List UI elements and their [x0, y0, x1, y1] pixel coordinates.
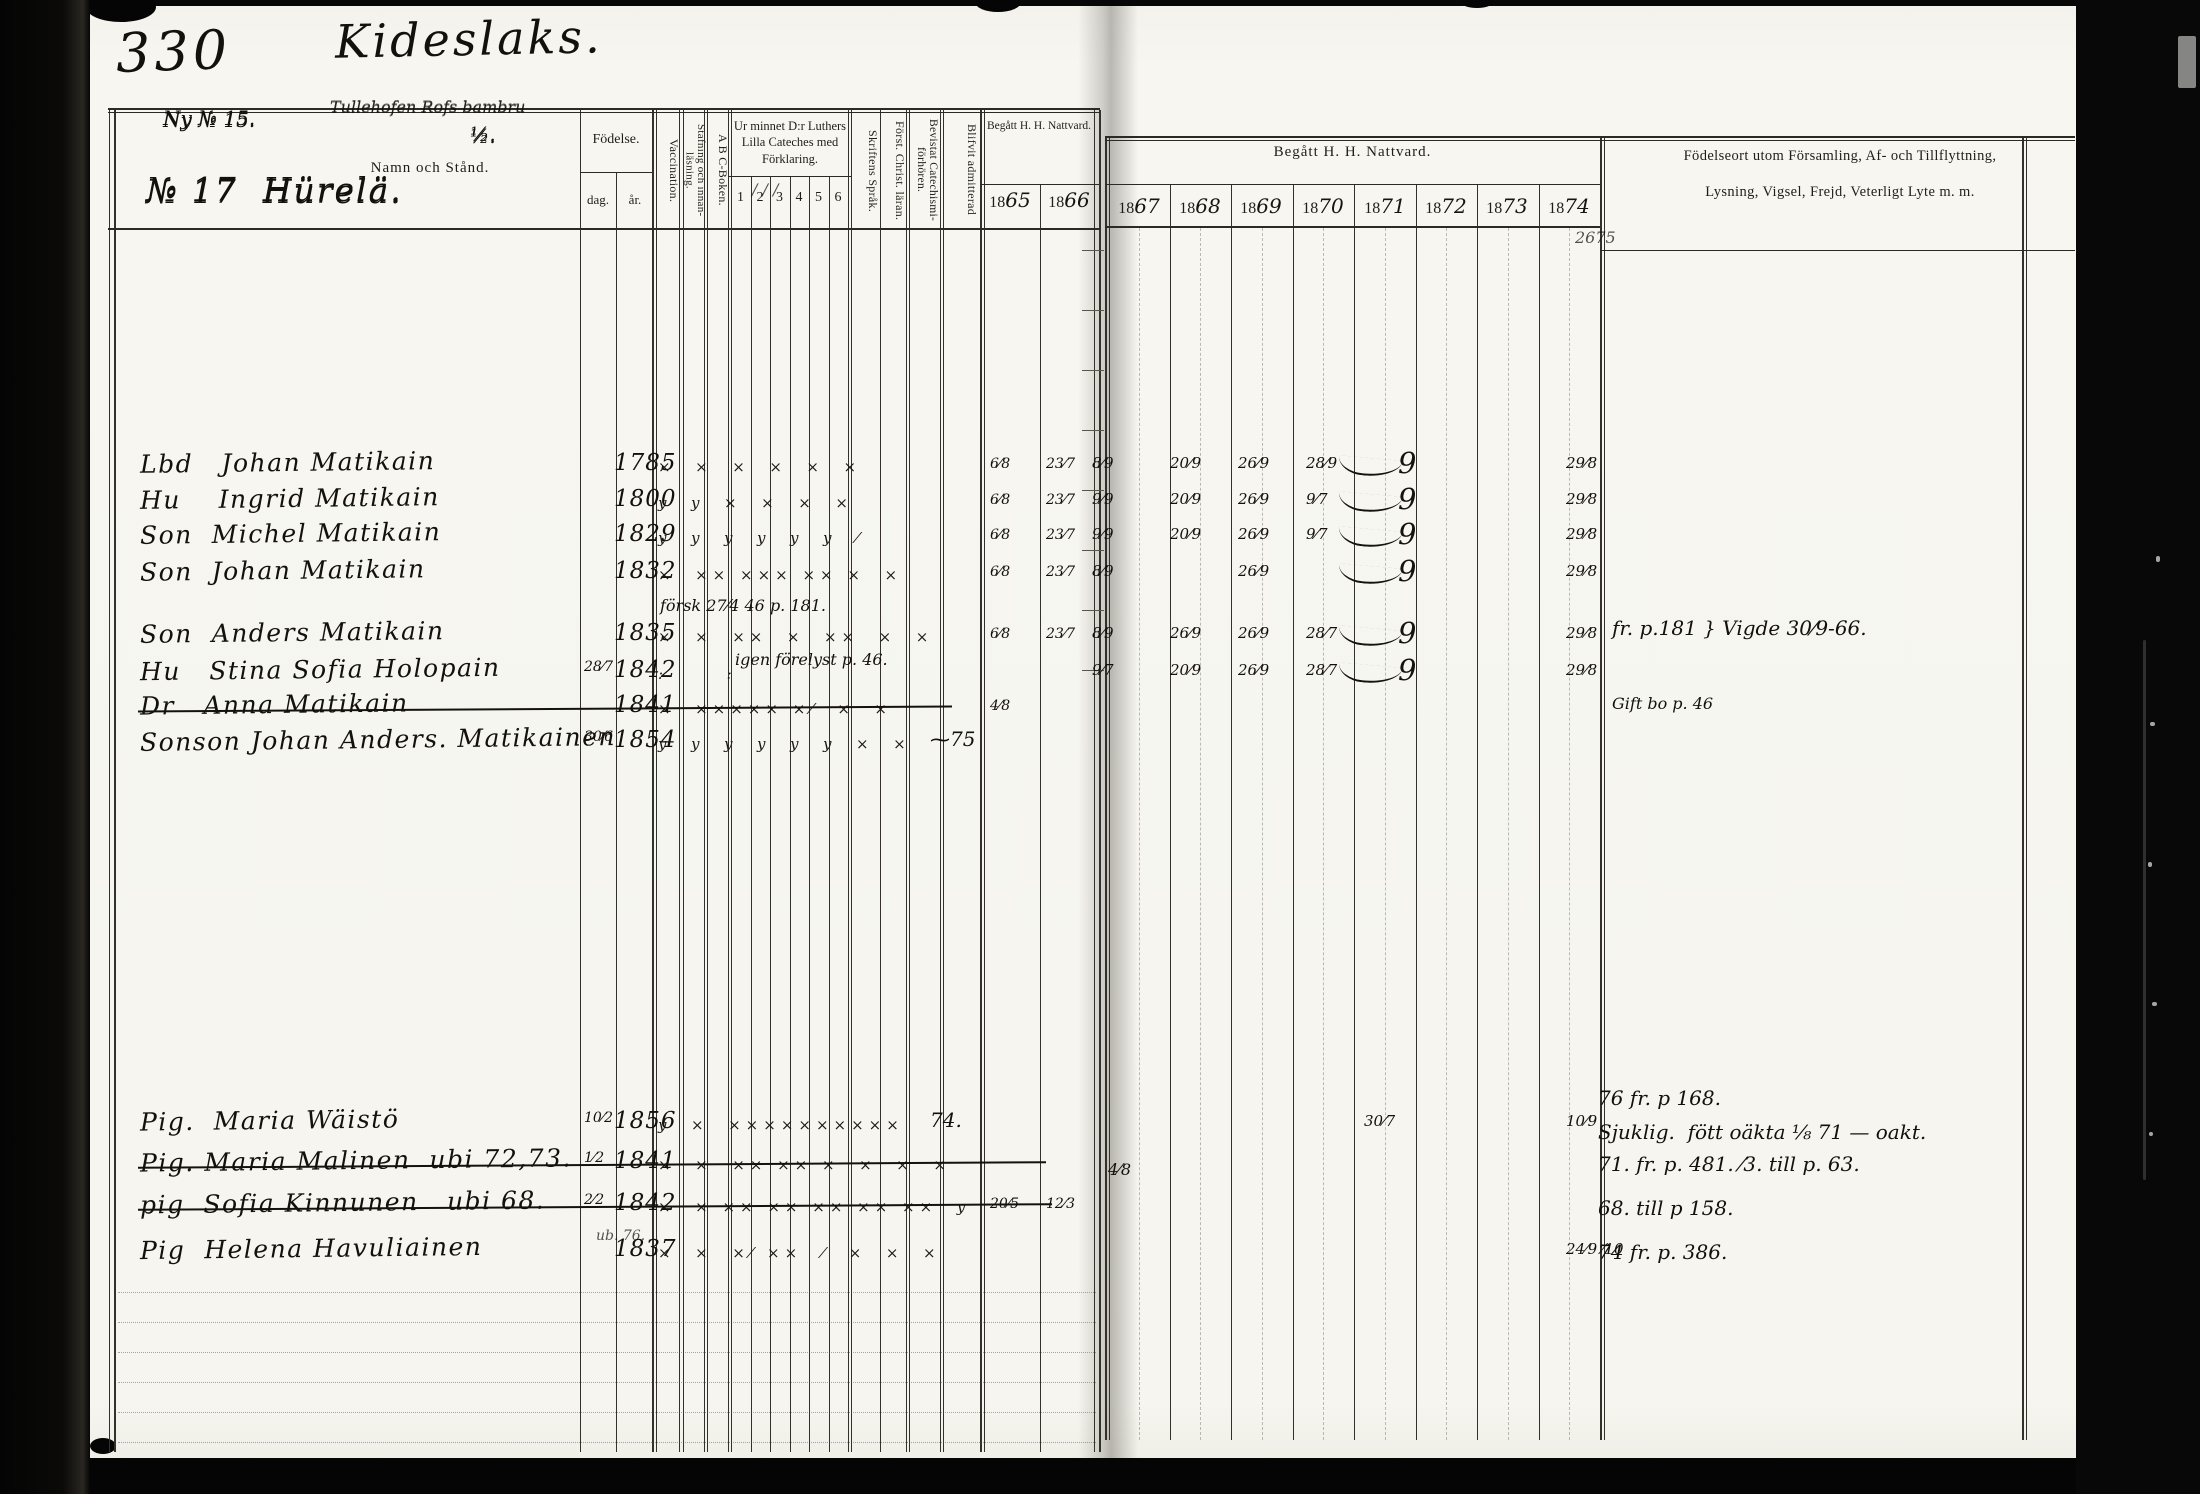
year-label-text: 18 [1240, 200, 1256, 217]
birth-day: 30⁄6 [584, 729, 613, 745]
year-label-text: 18 [1048, 194, 1064, 211]
communion-1865: 6⁄8 [990, 527, 1010, 543]
row-guide-line [118, 1382, 1096, 1384]
year-label-text: 73 [1502, 194, 1527, 218]
table-rule-horizontal [1105, 226, 1600, 228]
margin-note: 76 fr. p 168. [1598, 1086, 1721, 1110]
flourish-tail [1337, 662, 1402, 686]
record-row: Pig Helena Havuliainenub. 76.1837× × ×⁄ … [0, 1234, 2200, 1278]
communion-1866: 23⁄7 [1046, 492, 1075, 508]
reading-marks: y × ×××××××××× [658, 1116, 904, 1134]
person-name: Pig. Maria Wäistö [140, 1104, 400, 1136]
margin-note: 74 fr. p. 386. [1598, 1240, 1727, 1264]
page-number: 330 [115, 18, 232, 85]
column-header-skriftens: Skriftens Språk. [852, 118, 879, 224]
fold-stitch-mark [1082, 250, 1104, 251]
column-header-cateches: Ur minnet D:r Luthers Lilla Cateches med… [732, 118, 848, 167]
communion-1871-flourish: 9 [1398, 482, 1416, 516]
year-label-text: 18 [1364, 200, 1380, 217]
communion-1868: 20⁄9 [1170, 661, 1201, 679]
column-header-stafning: Stafning och innan-läsning. [681, 118, 706, 222]
reading-marks: : : [658, 665, 737, 683]
year-label-text: 18 [1548, 200, 1564, 217]
year-label-text: 69 [1256, 194, 1281, 218]
communion-1867: 8⁄9 [1092, 562, 1114, 580]
communion-1869: 26⁄9 [1238, 661, 1269, 679]
flourish-tail [1337, 625, 1402, 649]
communion-1867: 8⁄9 [1092, 624, 1114, 642]
reading-marks: × × × × × × [658, 458, 861, 476]
communion-1874: 29⁄8 [1566, 661, 1597, 679]
year-label-text: 74 [1564, 194, 1589, 218]
year-label-text: 66 [1064, 188, 1089, 212]
communion-1867: 9⁄7 [1092, 661, 1114, 679]
row-guide-line [118, 1412, 1096, 1414]
flourish-tail [1337, 526, 1402, 550]
year-label-text: 68 [1195, 194, 1220, 218]
communion-1871-flourish: 9 [1398, 616, 1416, 650]
communion-1865: 4⁄8 [990, 698, 1010, 714]
communion-1870: 28⁄7 [1306, 624, 1337, 642]
reading-marks: × × ×⁄ ×× ⁄ × × × [658, 1244, 941, 1262]
communion-1868: 20⁄9 [1170, 490, 1201, 508]
person-name: Pig Helena Havuliainen [140, 1232, 483, 1265]
margin-note: 71. fr. p. 481. ⁄3. till p. 63. [1598, 1152, 1860, 1176]
page-title: Kideslaks. [334, 9, 603, 69]
person-name: Hu Ingrid Matikain [140, 482, 440, 515]
table-rule-horizontal [1600, 250, 2075, 251]
column-header-forsta: Först. Christ. läran. [881, 118, 906, 224]
communion-1867: 9⁄9 [1092, 525, 1114, 543]
scan-bottom-edge [0, 1458, 2200, 1494]
column-header-vaccination: Vaccination. [656, 118, 680, 224]
year-column-1866: 1866 [1041, 188, 1097, 212]
column-header-fodelseort-2: Lysning, Vigsel, Frejd, Veterligt Lyte m… [1610, 184, 2070, 201]
column-header-fodelseort-1: Födelseort utom Församling, Af- och Till… [1610, 148, 2070, 165]
communion-1870: 28⁄9 [1306, 454, 1337, 472]
fold-stitch-mark [1082, 370, 1104, 371]
note-script: Tullehofen Rofs bambru [330, 97, 525, 116]
column-header-ar: år. [617, 192, 653, 208]
cateches-subcolumn-6: 6 [830, 190, 846, 206]
table-rule-horizontal [728, 176, 851, 177]
communion-1870: 28⁄7 [1306, 661, 1337, 679]
year-column-1873: 1873 [1479, 194, 1535, 218]
year-label-text: 18 [1425, 200, 1441, 217]
person-name: Son Michel Matikain [140, 517, 442, 550]
year-label-text: 18 [989, 194, 1005, 211]
fold-stitch-mark [1082, 610, 1104, 611]
communion-1874: 29⁄8 [1566, 490, 1597, 508]
record-row: Sonson Johan Anders. Matikainen30⁄61854y… [0, 725, 2200, 769]
communion-1870: 9⁄7 [1306, 490, 1328, 508]
communion-1874: 29⁄8 [1566, 454, 1597, 472]
communion-1871-flourish: 9 [1398, 517, 1416, 551]
communion-1869: 26⁄9 [1238, 624, 1269, 642]
margin-note-vigde: fr. p.181 } Vigde 30⁄9-66. [1612, 616, 1867, 640]
fold-stitch-mark [1082, 430, 1104, 431]
person-name: Son Anders Matikain [140, 616, 445, 649]
communion-1871: 30⁄7 [1364, 1112, 1395, 1130]
flourish-tail [1337, 563, 1402, 587]
year-column-1868: 1868 [1172, 194, 1228, 218]
communion-1866: 23⁄7 [1046, 626, 1075, 642]
communion-1868: 20⁄9 [1170, 525, 1201, 543]
household-number: № 17 Hürelä. [146, 170, 403, 209]
reading-marks: y y y y y y × × [658, 735, 911, 753]
table-rule-horizontal [108, 108, 1100, 110]
table-rule-horizontal [108, 228, 1100, 230]
year-column-1872: 1872 [1418, 194, 1474, 218]
birth-day: 28⁄7 [584, 659, 613, 675]
communion-1866: 23⁄7 [1046, 564, 1075, 580]
table-rule-horizontal [1105, 136, 2075, 138]
margin-note: Sjuklig. fött oäkta ⅛ 71 — oakt. [1598, 1120, 1926, 1144]
communion-1867: 8⁄9 [1092, 454, 1114, 472]
scan-blot [90, 1438, 116, 1454]
communion-1869: 26⁄9 [1238, 454, 1269, 472]
year-label-text: 71 [1380, 194, 1405, 218]
communion-1874: 29⁄8 [1566, 525, 1597, 543]
year-column-1869: 1869 [1233, 194, 1289, 218]
person-name: pig Sofia Kinnunen ubi 68. [140, 1186, 546, 1220]
table-rule-horizontal [1105, 140, 2075, 141]
communion-1874: 10⁄9 [1566, 1112, 1597, 1130]
table-rule-horizontal [980, 184, 1099, 185]
year-label-text: 18 [1179, 200, 1195, 217]
row-note: försk 27⁄4 46 p. 181. [660, 596, 826, 615]
table-rule-horizontal [108, 112, 1100, 113]
communion-1874: 29⁄8 [1566, 562, 1597, 580]
header-scribble: ∕ ∕ ∕ [752, 180, 778, 199]
year-label-text: 67 [1134, 194, 1159, 218]
record-row: Pig. Maria Malinen ubi 72,73.1⁄21841× × … [0, 1146, 2200, 1190]
communion-1867: 9⁄9 [1092, 490, 1114, 508]
communion-1871-flourish: 9 [1398, 446, 1416, 480]
reading-marks: y y y y y y ⁄ [658, 529, 864, 547]
communion-1871-flourish: 9 [1398, 653, 1416, 687]
row-guide-line [118, 1352, 1096, 1354]
admitted-year: 74. [930, 1108, 962, 1132]
reading-marks: × ×× ××× ×× × × [658, 566, 902, 584]
year-column-1870: 1870 [1295, 194, 1351, 218]
year-label-text: 65 [1005, 188, 1030, 212]
communion-1869: 26⁄9 [1238, 525, 1269, 543]
communion-1865: 6⁄8 [990, 626, 1010, 642]
fold-stitch-mark [1082, 310, 1104, 311]
communion-1865: 6⁄8 [990, 564, 1010, 580]
flourish-tail [1337, 455, 1402, 479]
reading-marks: y y × × × × [658, 494, 853, 512]
year-label-text: 18 [1486, 200, 1502, 217]
year-column-1867: 1867 [1111, 194, 1167, 218]
year-column-1874: 1874 [1541, 194, 1597, 218]
communion-1874: 29⁄8 [1566, 624, 1597, 642]
communion-1871-flourish: 9 [1398, 554, 1416, 588]
row-guide-line [118, 1442, 1096, 1444]
scan-speck [2178, 36, 2196, 88]
communion-1866: 23⁄7 [1046, 527, 1075, 543]
note-half: ½. [470, 122, 496, 146]
communion-1868: 20⁄9 [1170, 454, 1201, 472]
communion-1869: 26⁄9 [1238, 562, 1269, 580]
column-header-begatt-left: Begått H. H. Nattvard. [980, 120, 1098, 132]
column-header-begatt-right: Begått H. H. Nattvard. [1105, 144, 1600, 161]
communion-1868: 26⁄9 [1170, 624, 1201, 642]
margin-note: 68. till p 158. [1598, 1196, 1733, 1220]
person-name: Sonson Johan Anders. Matikainen [140, 722, 616, 757]
row-note: igen förelyst p. 46. [735, 650, 888, 669]
admitted-year: ⁓75 [930, 727, 975, 751]
year-label-text: 18 [1302, 200, 1318, 217]
cateches-subcolumn-4: 4 [791, 190, 807, 206]
gutter-mark: 4⁄8 [1108, 1160, 1131, 1179]
table-rule-horizontal [580, 172, 652, 173]
flourish-tail [1337, 491, 1402, 515]
birth-day: 10⁄2 [584, 1110, 613, 1126]
note-ny-no: Ny № 15. [163, 106, 255, 130]
person-name: Hu Stina Sofia Holopain [140, 653, 501, 686]
margin-note-gift: Gift bo p. 46 [1612, 694, 1713, 713]
year-column-1865: 1865 [982, 188, 1038, 212]
cateches-subcolumn-5: 5 [811, 190, 827, 206]
record-row: pig Sofia Kinnunen ubi 68.2⁄21842× × ×× … [0, 1188, 2200, 1232]
scan-speck [2148, 862, 2152, 867]
person-name: Pig. Maria Malinen ubi 72,73. [140, 1143, 572, 1177]
column-header-bevistat: Bevistat Catechismi-förhören. [908, 118, 939, 222]
table-rule-horizontal [1105, 184, 1600, 185]
cateches-subcolumn-1: 1 [733, 190, 749, 206]
communion-1866: 23⁄7 [1046, 456, 1075, 472]
record-row: Son Johan Matikain1832× ×× ××× ×× × ×6⁄8… [0, 556, 2200, 600]
communion-1865: 6⁄8 [990, 492, 1010, 508]
reading-marks: × × ×× × ×× × × [658, 628, 933, 646]
header-scribble: 2675 [1575, 228, 1616, 247]
person-name: Son Johan Matikain [140, 554, 426, 586]
person-name: Dr Anna Matikain [140, 688, 409, 720]
year-label-text: 72 [1441, 194, 1466, 218]
person-name: Lbd Johan Matikain [140, 446, 436, 479]
communion-1869: 26⁄9 [1238, 490, 1269, 508]
column-header-blifvit: Blifvit admitterad [943, 118, 978, 222]
book-scan: { "scan": { "page_number": "330", "title… [0, 0, 2200, 1494]
year-label-text: 18 [1118, 200, 1134, 217]
column-header-abc: A B C-Boken. [706, 118, 729, 222]
year-label-text: 70 [1318, 194, 1343, 218]
year-column-1871: 1871 [1357, 194, 1413, 218]
scan-speck [2152, 1002, 2157, 1006]
row-guide-line [118, 1292, 1096, 1294]
column-header-dag: dag. [580, 192, 616, 208]
communion-1865: 6⁄8 [990, 456, 1010, 472]
row-guide-line [118, 1322, 1096, 1324]
column-header-fodelse: Födelse. [580, 132, 652, 148]
communion-1870: 9⁄7 [1306, 525, 1328, 543]
